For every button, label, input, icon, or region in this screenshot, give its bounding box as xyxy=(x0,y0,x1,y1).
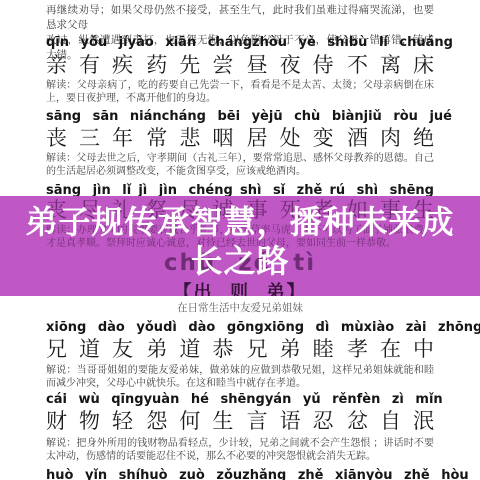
hanzi-group: 言语忍 xyxy=(247,410,346,433)
document-page: 再继续劝导；如果父母仍然不接受，甚至生气，此时我们虽难过得痛哭流涕，也要恳求父母… xyxy=(0,0,480,480)
hanzi-group: 常悲咽 xyxy=(146,127,245,150)
pinyin-group: zhǎng zhě xiān xyxy=(242,468,366,480)
pinyin-group: qīn yǒu jí xyxy=(46,35,128,50)
promo-banner[interactable]: 丧尽礼 祭尽诚 事死者 如事生 解读：办理父母的丧事要哀戚合乎礼节，不可草率马虎… xyxy=(0,196,480,296)
pinyin-group: dì dào gōng xyxy=(163,320,264,335)
pinyin-group: yán yǔ rěn xyxy=(265,392,357,407)
hanzi-group: 亲有疾 xyxy=(46,54,145,77)
hanzi-group: 怨何生 xyxy=(146,410,245,433)
pinyin-group: xiōng dào yǒu xyxy=(46,320,163,335)
hanzi-group: 药先尝 xyxy=(146,54,245,77)
pinyin-group: yuàn hé shēng xyxy=(144,392,265,407)
pinyin-row-5: cái wù qīng yuàn hé shēng yán yǔ rěn fèn… xyxy=(46,392,434,407)
pinyin-group: huò yǐn shí xyxy=(46,468,140,480)
hanzi-row-5: 财物轻 怨何生 言语忍 忿自泯 xyxy=(46,410,434,433)
hanzi-group: 孝在中 xyxy=(347,338,446,361)
pinyin-group: sāng sān nián xyxy=(46,109,162,124)
note-1: 解读：父母亲病了，吃的药要自己先尝一下，看看是不是太苦、太烫；父母亲病倒在床上，… xyxy=(46,79,434,105)
hanzi-group: 兄道友 xyxy=(46,338,145,361)
hanzi-group: 居处变 xyxy=(247,127,346,150)
pinyin-group: zhòu yè shì xyxy=(252,35,349,50)
hanzi-group: 财物轻 xyxy=(46,410,145,433)
hanzi-group: 忿自泯 xyxy=(347,410,446,433)
hanzi-group: 酒肉绝 xyxy=(347,127,446,150)
pinyin-row-6: huò yǐn shí huò zuò zǒu zhǎng zhě xiān y… xyxy=(46,468,434,480)
pinyin-group: bù lí chuáng xyxy=(349,35,453,50)
pinyin-group: yào xiān cháng xyxy=(128,35,252,50)
hanzi-row-2: 丧三年 常悲咽 居处变 酒肉绝 xyxy=(46,127,434,150)
pinyin-group: xiōng dì mù xyxy=(264,320,364,335)
note-4: 解说：当哥哥姐姐的要能友爱弟妹，做弟妹的应做到恭敬兄姐，这样兄弟姐妹就能和睦而减… xyxy=(46,364,434,390)
pinyin-group: jū chù biàn xyxy=(269,109,364,124)
hanzi-group: 昼夜侍 xyxy=(247,54,346,77)
section-subtitle: 在日常生活中友爱兄弟姐妹 xyxy=(46,300,434,315)
pinyin-row-1: qīn yǒu jí yào xiān cháng zhòu yè shì bù… xyxy=(46,35,434,50)
intro-line-1: 再继续劝导；如果父母仍然不接受，甚至生气，此时我们虽难过得痛哭流涕，也要恳求父母 xyxy=(46,3,434,33)
hanzi-row-4: 兄道友 弟道恭 兄弟睦 孝在中 xyxy=(46,338,434,361)
pinyin-group: cháng bēi yè xyxy=(162,109,269,124)
pinyin-group: jiǔ ròu jué xyxy=(364,109,452,124)
note-2: 解读：父母去世之后，守孝期间（古礼三年），要常常追思、感怀父母教养的恩德。自己的… xyxy=(46,152,434,178)
banner-title-line-1: 弟子规传承智慧，播种未来成 xyxy=(0,203,480,242)
pinyin-row-2: sāng sān nián cháng bēi yè jū chù biàn j… xyxy=(46,109,434,124)
hanzi-group: 兄弟睦 xyxy=(247,338,346,361)
banner-title-line-2: 长之路 xyxy=(0,242,480,281)
hanzi-group: 不离床 xyxy=(347,54,446,77)
note-5: 解说：把身外所用的钱财物品看轻点，少计较，兄弟之间就不会产生怨恨 ；讲话时不要太… xyxy=(46,437,434,463)
pinyin-group: xiào zài zhōng xyxy=(364,320,480,335)
hanzi-row-1: 亲有疾 药先尝 昼夜侍 不离床 xyxy=(46,54,434,77)
pinyin-group: cái wù qīng xyxy=(46,392,144,407)
pinyin-row-4: xiōng dào yǒu dì dào gōng xiōng dì mù xi… xyxy=(46,320,434,335)
pinyin-group: fèn zì mǐn xyxy=(357,392,443,407)
banner-title: 弟子规传承智慧，播种未来成 长之路 xyxy=(0,203,480,281)
pinyin-group: huò zuò zǒu xyxy=(140,468,242,480)
hanzi-group: 丧三年 xyxy=(46,127,145,150)
pinyin-group: yòu zhě hòu xyxy=(366,468,469,480)
hanzi-group: 弟道恭 xyxy=(146,338,245,361)
